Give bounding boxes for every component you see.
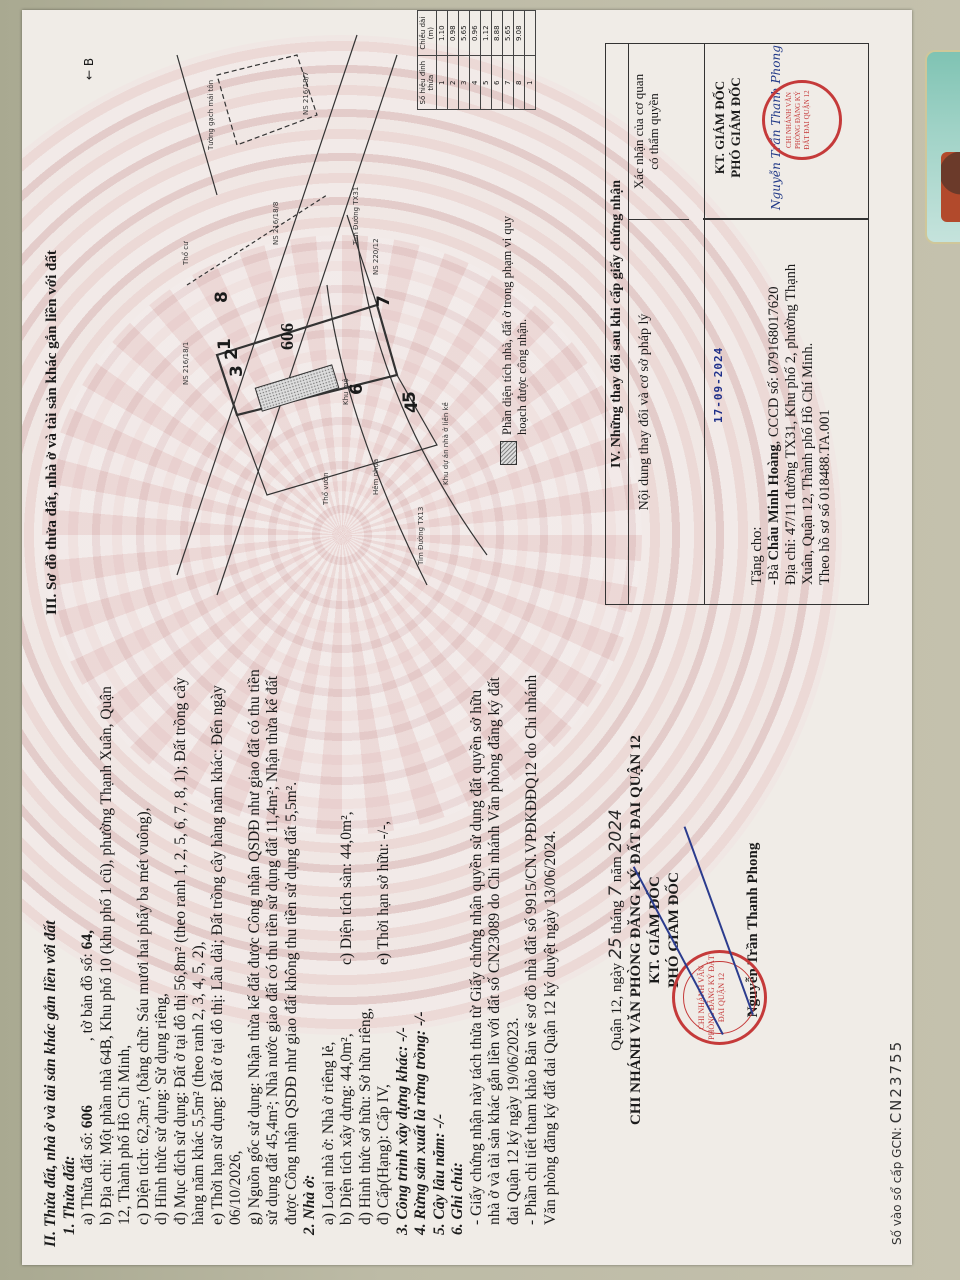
changes-column-header: Nội dung thay đổi và cơ sở pháp lý	[629, 219, 689, 604]
label-street-tx31: Tim Đường TX31	[352, 187, 360, 245]
address-line: b) Địa chỉ: Một phần nhà 64B, Khu phố 10…	[98, 637, 117, 1225]
map-sheet-number: 64,	[79, 930, 96, 949]
parcel-line: a) Thửa đất số: 606 , tờ bản đồ số: 64,	[79, 637, 98, 1225]
signature-block: Quận 12, ngày 25 tháng 7 năm 2024 CHI NH…	[607, 715, 763, 1145]
place-date: Quận 12, ngày 25 tháng 7 năm 2024	[607, 715, 627, 1145]
use-form-line: d) Hình thức sử dụng: Sử dụng riêng,	[153, 637, 172, 1225]
change-date-stamp: 17-09-2024	[712, 347, 725, 423]
vertex-label: 7	[374, 295, 394, 307]
table-row: 1	[525, 11, 536, 110]
recipient-name: Châu Minh Hoàng	[766, 444, 782, 560]
north-arrow: ← B	[82, 58, 96, 80]
section-ii-title: II. Thửa đất, nhà ở và tài sản khác gắn …	[42, 637, 61, 1247]
table-row: 40.96	[470, 11, 481, 110]
table-row: 11.10	[437, 11, 448, 110]
parcel-number: 606	[79, 1105, 96, 1128]
section-iv-title: IV. Những thay đổi sau khi cấp giấy chứn…	[606, 44, 629, 604]
serial-number: CN23755	[887, 1040, 905, 1123]
parcel-number-label: 606	[277, 323, 298, 350]
label-ns3: NS 216/18/1	[182, 342, 190, 385]
vertex-label: 2	[222, 348, 242, 360]
table-row: 20.98	[448, 11, 459, 110]
change-official-stamp: CHI NHÁNH VĂN PHÒNG ĐĂNG KÝ ĐẤT ĐAI QUẬN…	[762, 80, 842, 160]
id-card-photo	[941, 152, 960, 222]
build-area: b) Diện tích xây dựng: 44,0m²,	[338, 965, 357, 1225]
vertex-label: 6	[347, 383, 367, 395]
land-heading: 1. Thửa đất:	[61, 637, 80, 1235]
registry-serial: Số vào sổ cấp GCN: CN23755	[887, 1040, 905, 1245]
label-ns2: NS 216/18/8	[272, 202, 280, 245]
label-ns4: NS 220/12	[372, 238, 380, 275]
issuing-office: CHI NHÁNH VĂN PHÒNG ĐĂNG KÝ ĐẤT ĐAI QUẬN…	[627, 715, 646, 1145]
note-1: - Giấy chứng nhận này tách thửa từ Giấy …	[468, 637, 487, 1225]
label-street-tx13: Tim Đường TX13	[417, 507, 425, 565]
label-ns1: NS 216/18/7	[302, 72, 310, 115]
label-garden: Thổ vườn	[322, 472, 330, 505]
change-entry: Tặng cho: -Bà Châu Minh Hoàng, CCCD số: …	[749, 205, 834, 585]
label-brick-wall: Tường gạch mái tôn	[207, 80, 215, 150]
table-row: 35.65	[459, 11, 470, 110]
purpose-line: đ) Mục đích sử dụng: Đất ở tại đô thị 56…	[172, 637, 191, 1225]
production-forest: 4. Rừng sản xuất là rừng trồng: -/-	[412, 637, 431, 1235]
table-row: 89.08	[514, 11, 525, 110]
vertex-label: 3	[227, 365, 247, 377]
house-grade: đ) Cấp(Hạng): Cấp IV,	[375, 965, 394, 1225]
note-2: - Phần chi tiết tham khảo Bản vẽ sơ đồ n…	[523, 637, 542, 1225]
term-line: e) Thời hạn sử dụng: Đất ở tại đô thị: L…	[209, 637, 228, 1225]
house-heading: 2. Nhà ở:	[301, 637, 320, 1235]
vertex-label: 5	[400, 391, 420, 403]
ownership: d) Hình thức sở hữu: Sở hữu riêng,	[357, 637, 376, 1225]
id-card	[925, 50, 960, 244]
vertex-label: 8	[212, 291, 232, 303]
ownership-term: e) Thời hạn sở hữu: -/-,	[375, 821, 394, 965]
hatch-swatch-icon	[500, 441, 517, 465]
house-type: a) Loại nhà ở: Nhà ở riêng lẻ,	[320, 637, 339, 1225]
land-use-certificate: II. Thửa đất, nhà ở và tài sản khác gắn …	[22, 10, 912, 1265]
notes-heading: 6. Ghi chú:	[449, 637, 468, 1235]
confirmation-column-header: Xác nhận của cơ quan có thẩm quyền	[629, 44, 689, 219]
signer-name: Nguyễn Trần Thanh Phong	[744, 715, 763, 1145]
table-row: 68.88	[492, 11, 503, 110]
table-row: 75.65	[503, 11, 514, 110]
edge-length-table: Số hiệu đỉnh thửaChiều dài (m) 11.1020.9…	[417, 10, 536, 110]
section-iii-title: III. Sơ đồ thửa đất, nhà ở và tài sản kh…	[44, 250, 61, 615]
section-iv-header: IV. Những thay đổi sau khi cấp giấy chứn…	[605, 43, 705, 605]
label-residential-zone: Khu dự án nhà ở liền kề	[442, 402, 450, 485]
area-line: c) Diện tích: 62,3m², (bằng chữ: Sáu mươ…	[135, 637, 154, 1225]
section-ii: II. Thửa đất, nhà ở và tài sản khác gắn …	[42, 637, 560, 1247]
origin-line: g) Nguồn gốc sử dụng: Nhận thừa kế đất đ…	[246, 637, 265, 1225]
table-row: 51.12	[481, 11, 492, 110]
label-residential: Thổ cư	[182, 241, 190, 265]
legend: Phần diện tích nhà, đất ở trong phạm vi …	[500, 216, 530, 465]
label-alley: Hẻm nhựa	[372, 459, 380, 495]
other-works: 3. Công trình xây dựng khác: -/-	[394, 637, 413, 1235]
floor-area: c) Diện tích sàn: 44,0m²,	[338, 811, 357, 965]
perennial-trees: 5. Cây lâu năm: -/-	[431, 637, 450, 1235]
